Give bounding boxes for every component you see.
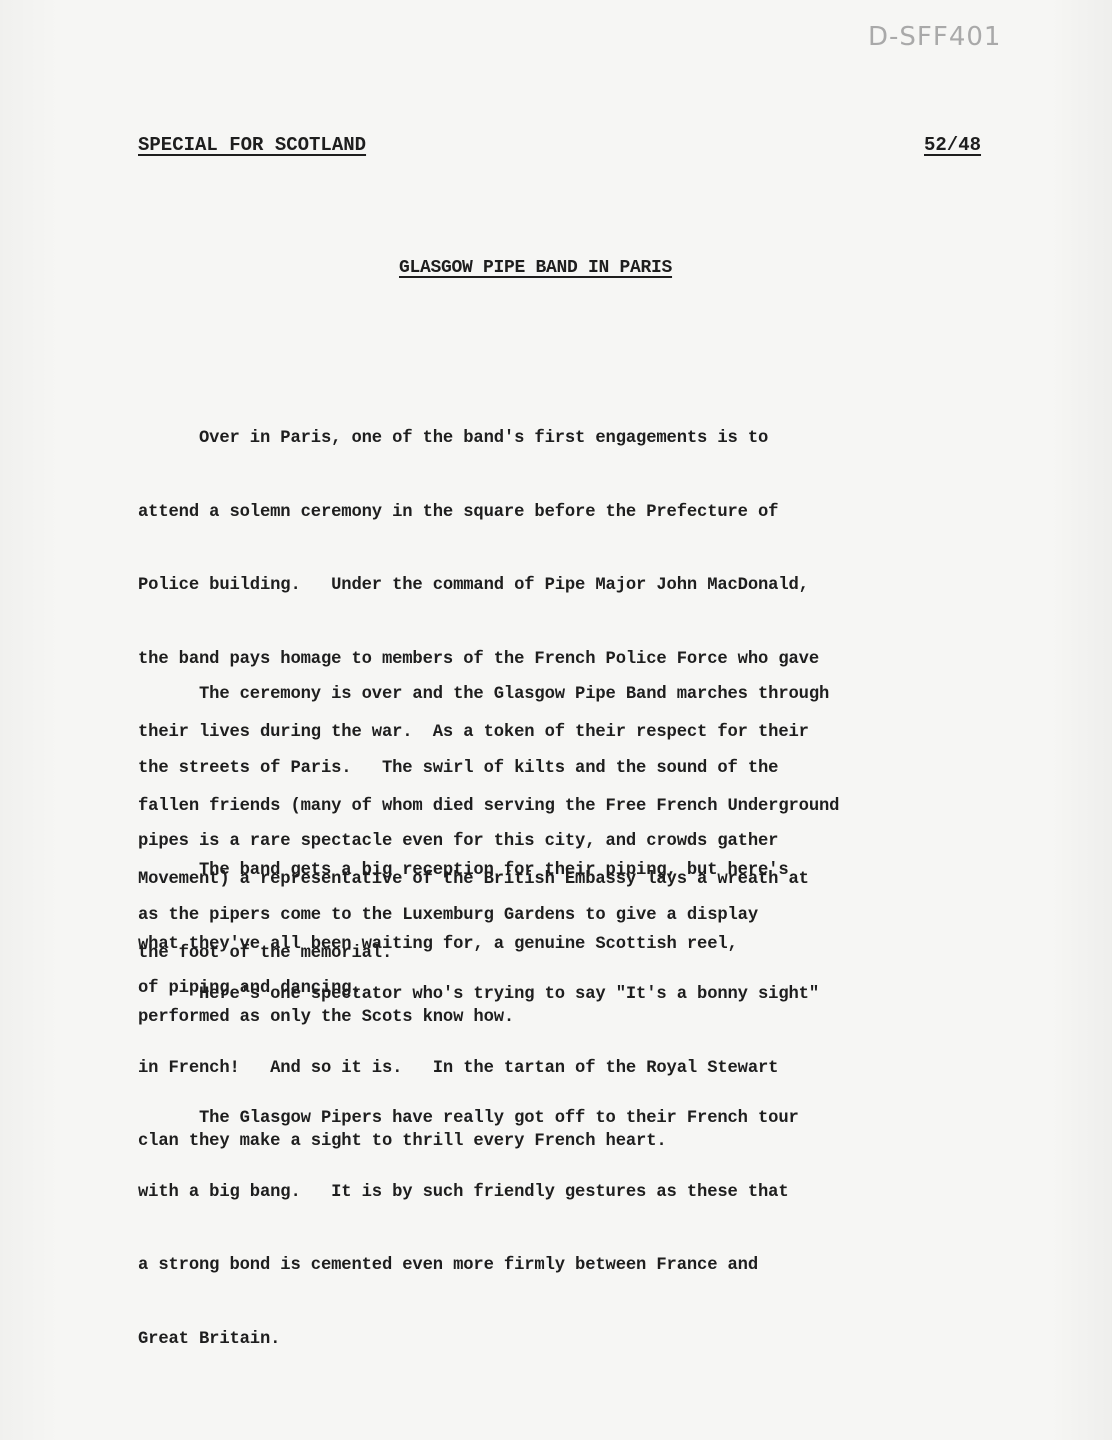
document-title: GLASGOW PIPE BAND IN PARIS	[399, 258, 672, 278]
text-line: the streets of Paris. The swirl of kilts…	[138, 757, 998, 782]
text-line: The Glasgow Pipers have really got off t…	[138, 1107, 998, 1132]
header-label: SPECIAL FOR SCOTLAND	[138, 134, 366, 156]
text-line: Police building. Under the command of Pi…	[138, 574, 998, 599]
text-line: attend a solemn ceremony in the square b…	[138, 501, 998, 526]
text-line: a strong bond is cemented even more firm…	[138, 1254, 998, 1279]
text-line: The band gets a big reception for their …	[138, 859, 998, 884]
text-line: Over in Paris, one of the band's first e…	[138, 427, 998, 452]
text-line: Here's one spectator who's trying to say…	[138, 983, 998, 1008]
text-line: The ceremony is over and the Glasgow Pip…	[138, 683, 998, 708]
text-line: Great Britain.	[138, 1328, 998, 1353]
document-page: D-SFF401 SPECIAL FOR SCOTLAND 52/48 GLAS…	[0, 0, 1112, 1440]
handwritten-annotation: D-SFF401	[868, 22, 1001, 52]
text-line: with a big bang. It is by such friendly …	[138, 1181, 998, 1206]
document-number: 52/48	[924, 134, 981, 156]
paragraph-5: The Glasgow Pipers have really got off t…	[138, 1058, 998, 1401]
